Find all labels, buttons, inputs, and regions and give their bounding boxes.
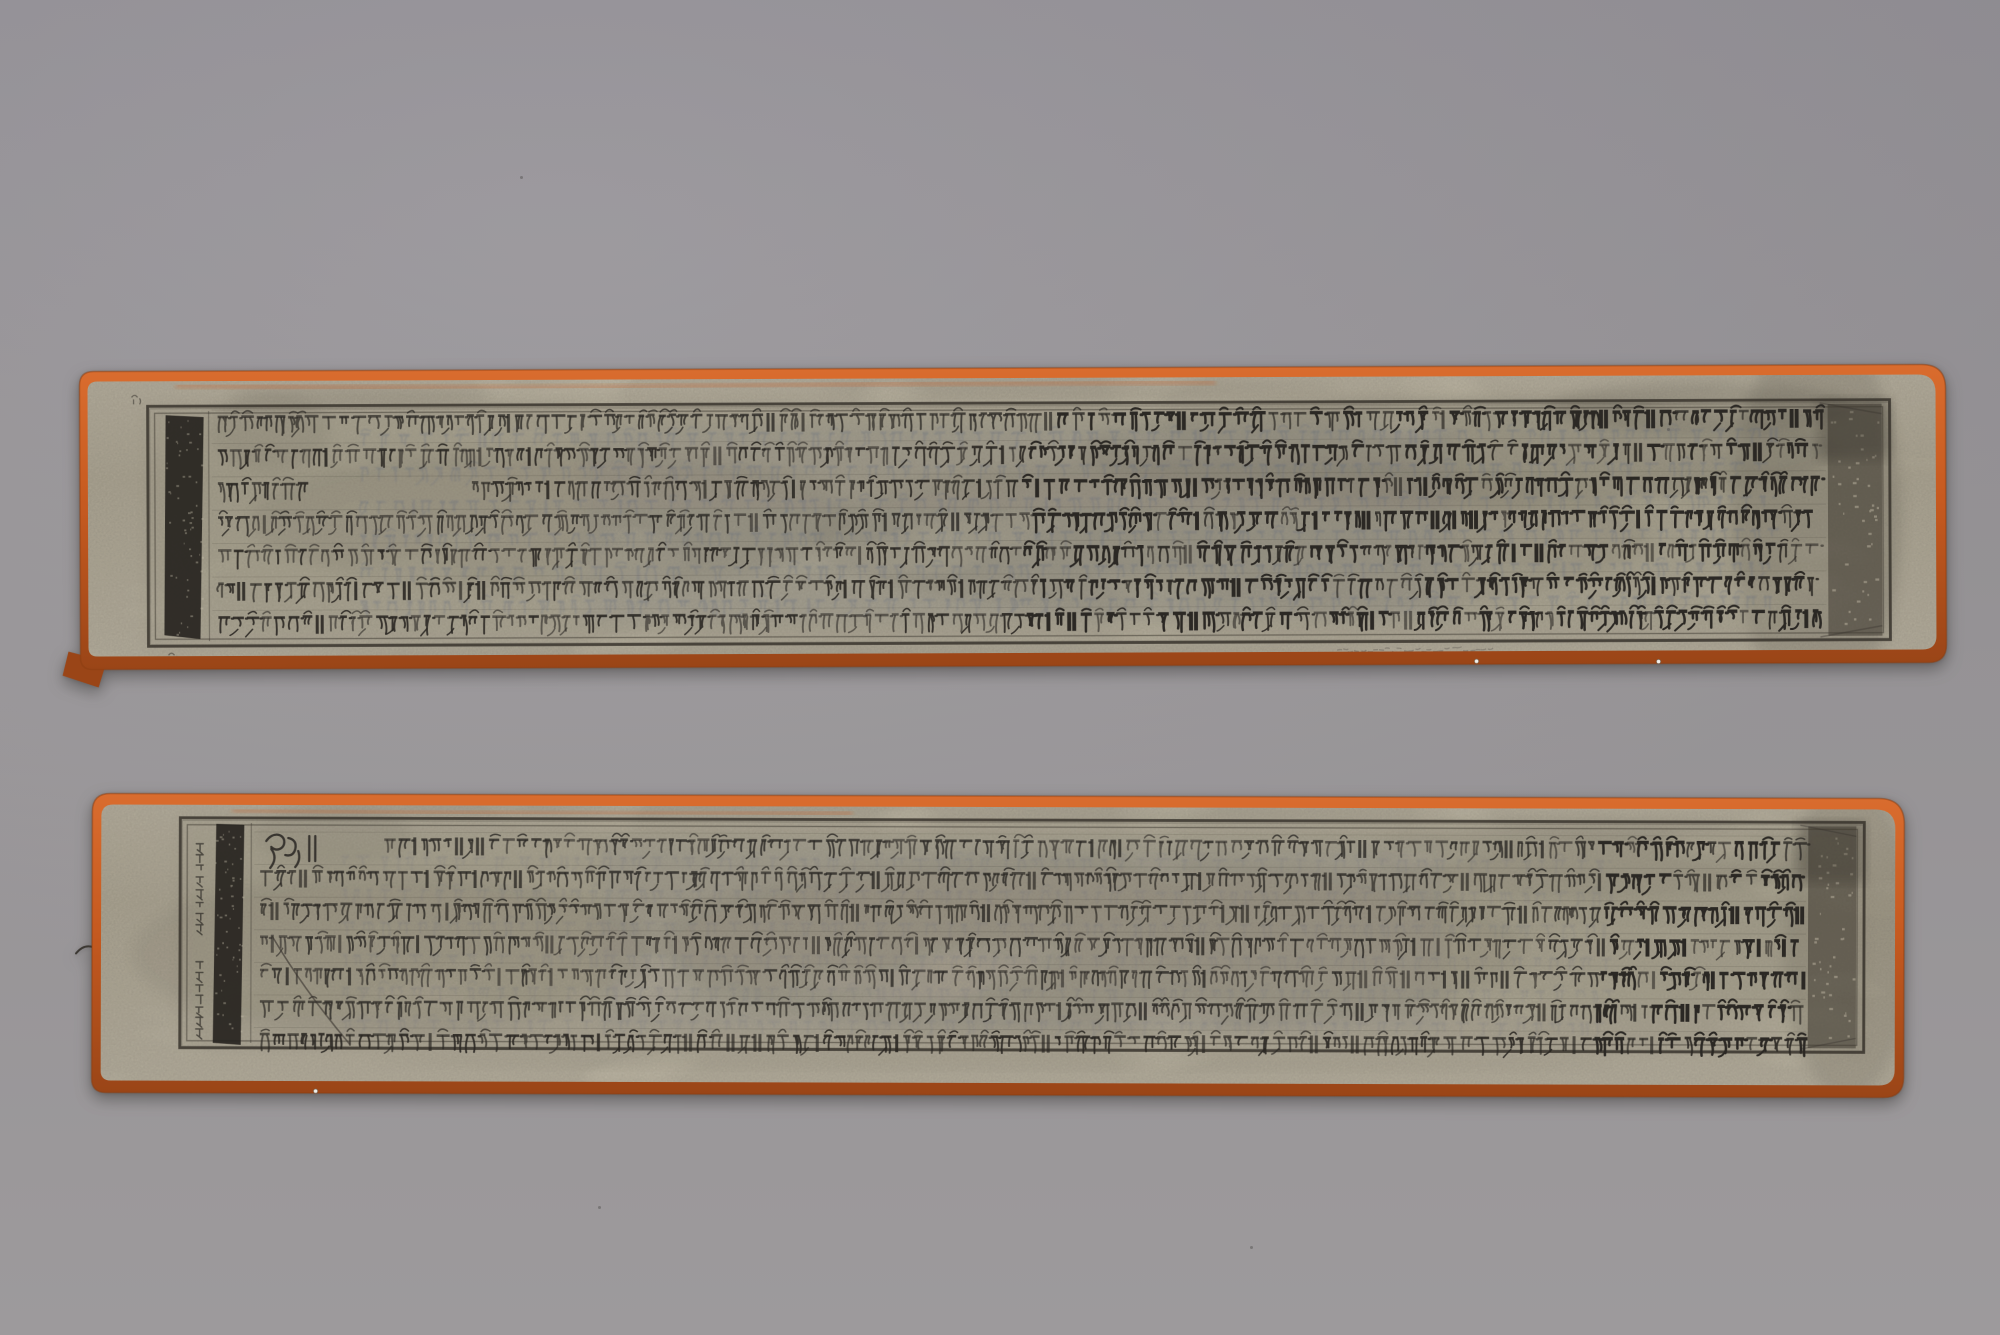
- dust-speck: [1667, 428, 1670, 431]
- pecha-leaf-upper: [79, 364, 1946, 669]
- dust-speck: [598, 1206, 601, 1209]
- dust-speck: [1250, 1246, 1253, 1249]
- pin-speck: [313, 1089, 317, 1093]
- leaf-upper-art: [79, 364, 1946, 669]
- leaf-lower-art: [92, 793, 1905, 1097]
- pin-speck: [1474, 659, 1478, 663]
- pecha-leaf-lower: [92, 793, 1905, 1097]
- margin-key-bar: [213, 824, 245, 1045]
- dust-speck: [520, 176, 523, 179]
- pin-speck: [1656, 659, 1660, 663]
